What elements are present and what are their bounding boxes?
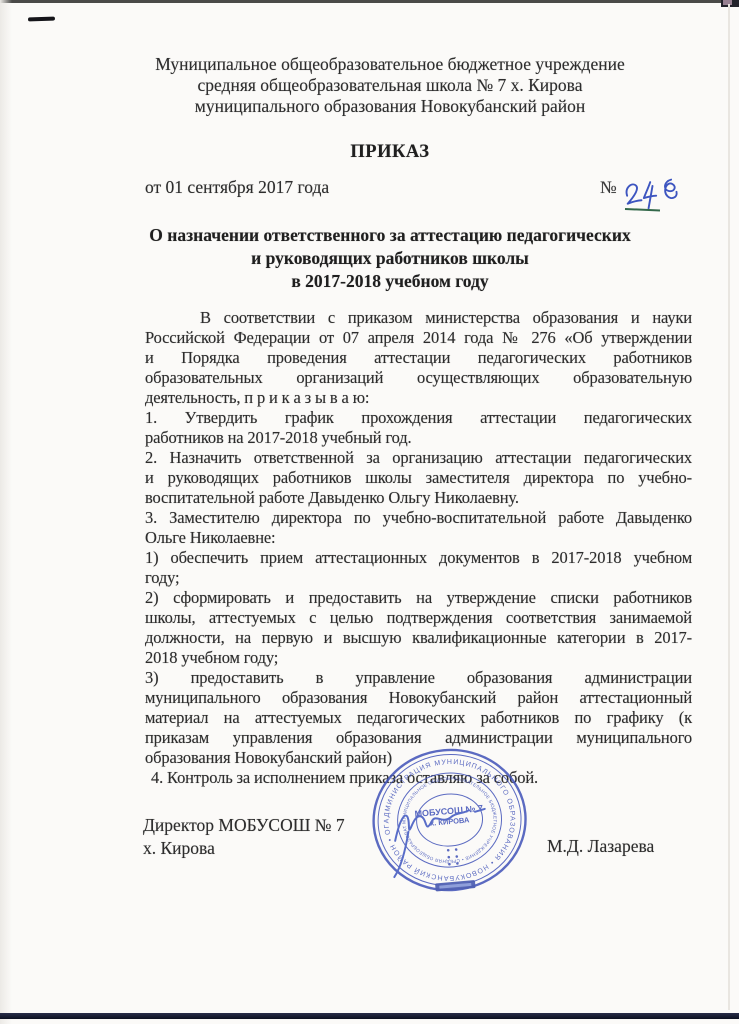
body-line: Ольге Николаевне: — [145, 528, 692, 548]
pen-dash-mark — [28, 17, 55, 22]
director-title-line2: х. Кирова — [143, 837, 345, 860]
letterhead-line: Муниципальное общеобразовательное бюджет… — [145, 54, 635, 75]
body-line: 1. Утвердить график прохождения аттестац… — [145, 408, 692, 428]
date-number-row: от 01 сентября 2017 года № — [145, 177, 692, 198]
body-line: В соответствии с приказом министерства о… — [145, 308, 692, 328]
order-body: В соответствии с приказом министерства о… — [145, 308, 692, 788]
school-round-seal: АДМИНИСТРАЦИЯ МУНИЦИПАЛЬНОГО ОБРАЗОВАНИЯ… — [357, 737, 542, 913]
order-word-title: ПРИКАЗ — [145, 142, 635, 163]
scan-right-fold-line — [728, 4, 730, 1010]
body-line: школы, аттестуемых с целью подтверждения… — [145, 608, 692, 628]
body-line: году; — [145, 568, 692, 588]
body-line: должности, на первую и высшую квалификац… — [145, 628, 692, 648]
body-line: деятельность, п р и к а з ы в а ю: — [145, 388, 692, 408]
body-line: Российской Федерации от 07 апреля 2014 г… — [145, 328, 692, 348]
green-underline — [625, 209, 660, 211]
body-line: 2) сформировать и предоставить на утверж… — [145, 588, 692, 608]
scanned-order-document: Муниципальное общеобразовательное бюджет… — [0, 0, 739, 1024]
scan-top-edge — [0, 0, 739, 3]
subject-line: и руководящих работников школы — [145, 247, 635, 270]
subject-line: О назначении ответственного за аттестаци… — [145, 224, 635, 247]
body-line: 3. Заместителю директора по учебно-воспи… — [145, 508, 692, 528]
letterhead-line: муниципального образования Новокубанский… — [145, 96, 635, 117]
body-line: работников на 2017-2018 учебный год. — [145, 428, 692, 448]
body-line: образовательных организаций осуществляющ… — [145, 368, 692, 388]
body-line: 2018 учебном году; — [145, 648, 692, 668]
director-name: М.Д. Лазарева — [547, 836, 654, 857]
body-line: материал на аттестуемых педагогических р… — [145, 708, 692, 728]
body-line: 1) обеспечить прием аттестационных докум… — [145, 548, 692, 568]
body-line: 3) предоставить в управление образования… — [145, 668, 692, 688]
body-line: 2. Назначить ответственной за организаци… — [145, 448, 692, 468]
order-date: от 01 сентября 2017 года — [145, 177, 329, 197]
body-line: и руководящих работников школы заместите… — [145, 468, 692, 488]
scan-bottom-edge — [0, 1013, 739, 1019]
number-sign-label: № — [600, 177, 617, 198]
scan-left-shadow — [0, 0, 12, 1024]
letterhead-line: средняя общеобразовательная школа № 7 х.… — [145, 75, 635, 96]
subject-line: в 2017-2018 учебном году — [145, 270, 635, 293]
seal-graphic: АДМИНИСТРАЦИЯ МУНИЦИПАЛЬНОГО ОБРАЗОВАНИЯ… — [357, 737, 542, 913]
order-number: № — [600, 173, 720, 217]
director-title-line1: Директор МОБУСОШ № 7 — [143, 814, 345, 837]
order-subject: О назначении ответственного за аттестаци… — [145, 224, 635, 293]
handwritten-number-248 — [622, 173, 692, 217]
body-line: приказам управления образования админист… — [145, 728, 692, 748]
body-line: и Порядка проведения аттестации педагоги… — [145, 348, 692, 368]
signature-block: Директор МОБУСОШ № 7 х. Кирова — [143, 814, 345, 860]
body-line: муниципального образования Новокубанский… — [145, 688, 692, 708]
body-line: воспитательной работе Давыденко Ольгу Ни… — [145, 488, 692, 508]
letterhead: Муниципальное общеобразовательное бюджет… — [145, 54, 635, 117]
